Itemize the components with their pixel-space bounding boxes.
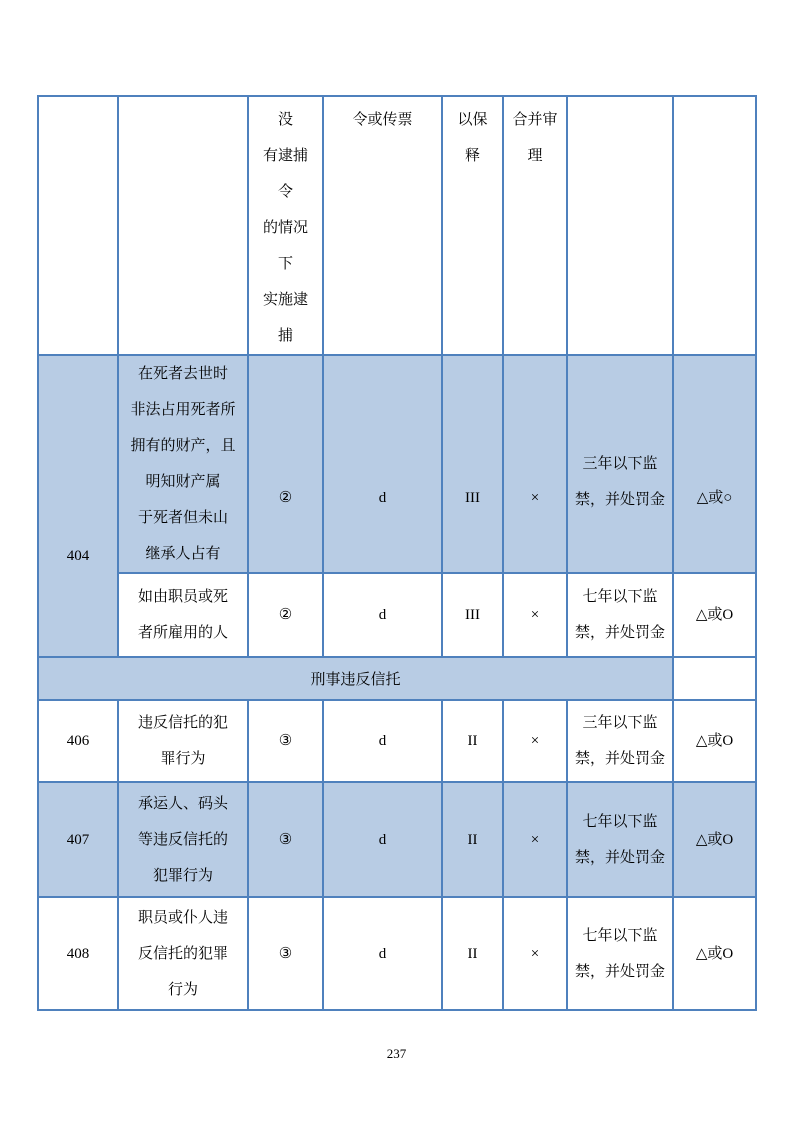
cell-407-warrant: d	[323, 782, 442, 897]
header-empty-mark	[673, 96, 756, 355]
section-title: 刑事违反信托	[38, 657, 673, 700]
cell-404a-bail: III	[442, 355, 503, 573]
header-empty-sentence	[567, 96, 673, 355]
cell-408-arrest: ③	[248, 897, 323, 1010]
cell-408-sentence: 七年以下监 禁，并处罚金	[567, 897, 673, 1010]
cell-406-number: 406	[38, 700, 118, 782]
cell-404b-arrest: ②	[248, 573, 323, 657]
cell-407-bail: II	[442, 782, 503, 897]
cell-407-joint: ×	[503, 782, 567, 897]
header-bailable: 以保 释	[442, 96, 503, 355]
page-number: 237	[0, 1046, 793, 1062]
cell-407-number: 407	[38, 782, 118, 897]
table-row-408: 408 职员或仆人违 反信托的犯罪 行为 ③ d II × 七年以下监 禁，并处…	[38, 897, 756, 1010]
cell-408-mark: △或O	[673, 897, 756, 1010]
table-row-404b: 如由职员或死 者所雇用的人 ② d III × 七年以下监 禁，并处罚金 △或O	[38, 573, 756, 657]
cell-404b-warrant: d	[323, 573, 442, 657]
cell-407-description: 承运人、码头 等违反信托的 犯罪行为	[118, 782, 248, 897]
header-no-warrant-arrest: 没 有逮捕 令 的情况 下 实施逮 捕	[248, 96, 323, 355]
cell-407-mark: △或O	[673, 782, 756, 897]
table-header-row: 没 有逮捕 令 的情况 下 实施逮 捕 令或传票 以保 释 合并审 理	[38, 96, 756, 355]
cell-404b-bail: III	[442, 573, 503, 657]
cell-406-joint: ×	[503, 700, 567, 782]
cell-406-arrest: ③	[248, 700, 323, 782]
cell-406-sentence: 三年以下监 禁，并处罚金	[567, 700, 673, 782]
section-empty-mark	[673, 657, 756, 700]
offense-table: 没 有逮捕 令 的情况 下 实施逮 捕 令或传票 以保 释 合并审 理 404 …	[37, 95, 757, 1011]
table-row-407: 407 承运人、码头 等违反信托的 犯罪行为 ③ d II × 七年以下监 禁，…	[38, 782, 756, 897]
section-row: 刑事违反信托	[38, 657, 756, 700]
cell-404a-joint: ×	[503, 355, 567, 573]
cell-406-warrant: d	[323, 700, 442, 782]
cell-408-bail: II	[442, 897, 503, 1010]
cell-404b-sentence: 七年以下监 禁，并处罚金	[567, 573, 673, 657]
cell-408-description: 职员或仆人违 反信托的犯罪 行为	[118, 897, 248, 1010]
cell-406-bail: II	[442, 700, 503, 782]
cell-404a-warrant: d	[323, 355, 442, 573]
header-empty-no	[38, 96, 118, 355]
cell-404b-mark: △或O	[673, 573, 756, 657]
cell-407-arrest: ③	[248, 782, 323, 897]
cell-404b-description: 如由职员或死 者所雇用的人	[118, 573, 248, 657]
cell-407-sentence: 七年以下监 禁，并处罚金	[567, 782, 673, 897]
header-warrant-or-summons: 令或传票	[323, 96, 442, 355]
cell-406-mark: △或O	[673, 700, 756, 782]
header-joint-trial: 合并审 理	[503, 96, 567, 355]
cell-404a-arrest: ②	[248, 355, 323, 573]
cell-408-number: 408	[38, 897, 118, 1010]
cell-404a-description: 在死者去世时 非法占用死者所 拥有的财产，且 明知财产属 于死者但未山 继承人占…	[118, 355, 248, 573]
header-empty-desc	[118, 96, 248, 355]
cell-404a-mark: △或○	[673, 355, 756, 573]
cell-404-number: 404	[38, 355, 118, 657]
cell-408-warrant: d	[323, 897, 442, 1010]
cell-404a-sentence: 三年以下监 禁，并处罚金	[567, 355, 673, 573]
table-row-404a: 404 在死者去世时 非法占用死者所 拥有的财产，且 明知财产属 于死者但未山 …	[38, 355, 756, 573]
cell-406-description: 违反信托的犯 罪行为	[118, 700, 248, 782]
cell-408-joint: ×	[503, 897, 567, 1010]
table-row-406: 406 违反信托的犯 罪行为 ③ d II × 三年以下监 禁，并处罚金 △或O	[38, 700, 756, 782]
cell-404b-joint: ×	[503, 573, 567, 657]
